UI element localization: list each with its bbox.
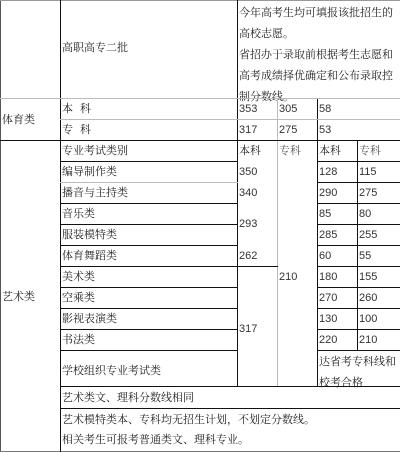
grid-line <box>317 182 400 183</box>
grid-line <box>60 308 237 309</box>
sports-row-label: 本 科 <box>61 99 236 119</box>
art-header-label: 专业考试类别 <box>61 141 236 161</box>
sports-value: 305 <box>278 99 316 119</box>
art-benke-value: 317 <box>238 319 276 339</box>
art-header-col: 本科 <box>318 141 356 161</box>
grid-line <box>0 98 400 99</box>
grid-line <box>60 224 237 225</box>
art-benke-value: 262 <box>238 246 276 266</box>
grid-line <box>60 386 400 387</box>
art-value: 115 <box>358 162 398 182</box>
art-footnote: 艺术模特类本、专科均无招生计划，不划定分数线。 <box>61 410 400 430</box>
art-row-label: 空乘类 <box>61 288 236 308</box>
note-line: 省招办于录取前根据考生志愿和 <box>239 44 400 65</box>
art-benke-value: 340 <box>238 183 276 203</box>
grid-line <box>277 140 278 386</box>
art-value: 180 <box>318 267 356 287</box>
grid-line <box>60 182 238 183</box>
art-value: 210 <box>358 330 398 350</box>
art-value: 255 <box>358 225 398 245</box>
sports-value: 353 <box>238 99 276 119</box>
art-row-label: 影视表演类 <box>61 309 236 329</box>
grid-line <box>60 161 238 162</box>
art-zhuanke-value: 210 <box>278 267 316 287</box>
art-row-label: 服装模特类 <box>61 225 236 245</box>
art-row-label: 体育舞蹈类 <box>61 246 236 266</box>
grid-line <box>317 308 400 309</box>
art-row-label: 美术类 <box>61 267 236 287</box>
art-value: 60 <box>318 246 356 266</box>
sports-value: 317 <box>238 120 276 140</box>
art-footnote: 艺术类文、理科分数线相同 <box>61 388 400 408</box>
art-benke-value: 293 <box>238 214 276 234</box>
art-row-label: 编导制作类 <box>61 162 236 182</box>
art-value: 290 <box>318 183 356 203</box>
sports-row-label: 专 科 <box>61 120 236 140</box>
art-value: 220 <box>318 330 356 350</box>
grid-line <box>60 245 238 246</box>
art-value: 285 <box>318 225 356 245</box>
sports-value: 53 <box>318 120 398 140</box>
grid-line <box>317 161 400 162</box>
art-value: 275 <box>358 183 398 203</box>
batch-note: 今年高考生均可填报该批招生的 高校志愿。 省招办于录取前根据考生志愿和 高考成绩… <box>238 2 400 107</box>
score-table: 高职高专二批 今年高考生均可填报该批招生的 高校志愿。 省招办于录取前根据考生志… <box>0 0 400 452</box>
art-row-label: 播音与主持类 <box>61 183 236 203</box>
grid-line <box>317 287 400 288</box>
grid-line <box>60 287 237 288</box>
art-value: 128 <box>318 162 356 182</box>
art-value: 100 <box>358 309 398 329</box>
grid-line <box>60 0 61 452</box>
grid-line <box>60 408 400 409</box>
art-value: 130 <box>318 309 356 329</box>
art-value: 270 <box>318 288 356 308</box>
art-value: 80 <box>358 204 398 224</box>
art-value: 260 <box>358 288 398 308</box>
grid-line <box>60 203 238 204</box>
grid-line <box>237 0 238 386</box>
art-value: 155 <box>358 267 398 287</box>
grid-line <box>0 140 400 141</box>
grid-line <box>317 245 400 246</box>
grid-line <box>317 329 400 330</box>
grid-line <box>317 203 400 204</box>
batch-label: 高职高专二批 <box>61 38 236 58</box>
sports-category: 体育类 <box>1 110 59 130</box>
art-header-col: 本科 <box>238 141 276 161</box>
art-header-col: 专科 <box>278 141 316 161</box>
note-line: 高考成绩择优确定和公布录取控 <box>239 65 400 86</box>
grid-line <box>317 266 400 267</box>
art-value: 85 <box>318 204 356 224</box>
art-category: 艺术类 <box>1 287 59 307</box>
art-row-label: 音乐类 <box>61 204 236 224</box>
note-line: 今年高考生均可填报该批招生的 <box>239 2 400 23</box>
art-footnote: 相关考生可报考普通类文、理科专业。 <box>61 430 400 450</box>
art-value: 55 <box>358 246 398 266</box>
art-row-label: 书法类 <box>61 330 236 350</box>
sports-value: 58 <box>318 99 398 119</box>
art-benke-value: 350 <box>238 162 276 182</box>
table-border <box>0 0 1 452</box>
grid-line <box>60 266 278 267</box>
grid-line <box>317 350 400 351</box>
note-line: 高校志愿。 <box>239 23 400 44</box>
grid-line <box>60 350 237 351</box>
art-row-label: 学校组织专业考试类 <box>61 361 236 381</box>
grid-line <box>60 329 237 330</box>
grid-line <box>60 119 400 120</box>
sports-value: 275 <box>278 120 316 140</box>
art-header-col: 专科 <box>358 141 398 161</box>
grid-line <box>317 224 400 225</box>
